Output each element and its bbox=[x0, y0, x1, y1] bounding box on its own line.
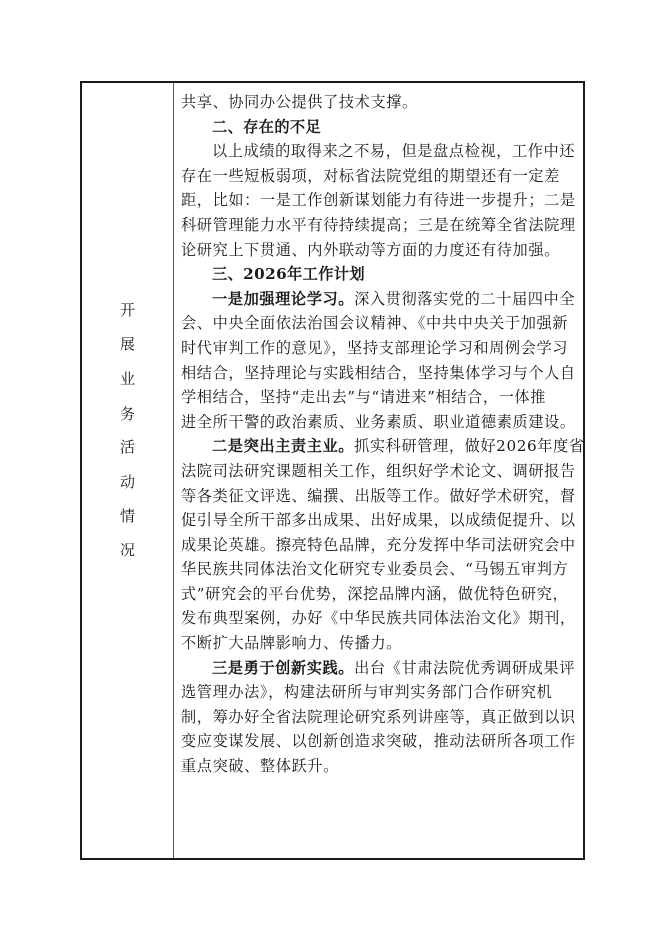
activity-table: 开 展 业 务 活 动 情 况 共享、协同办公提供了技术支撑。 二、存在的不足 … bbox=[80, 81, 585, 860]
text-span: 抓实科研管理，做好2026年度省 bbox=[354, 437, 585, 455]
label-char: 活 bbox=[82, 436, 173, 457]
section-heading-plan: 三、2026年工作计划 bbox=[181, 262, 581, 287]
text-line: 距，比如：一是工作创新谋划能力有待进一步提升；二是 bbox=[181, 188, 581, 213]
text-line: 存在一些短板弱项，对标省法院党组的期望还有一定差 bbox=[181, 164, 581, 189]
paragraph-lead: 三是勇于创新实践。 bbox=[212, 659, 354, 677]
paragraph-1-first-line: 一是加强理论学习。深入贯彻落实党的二十届四中全 bbox=[181, 287, 581, 312]
row-label-cell: 开 展 业 务 活 动 情 况 bbox=[82, 83, 173, 858]
section-heading-shortcomings: 二、存在的不足 bbox=[181, 115, 581, 140]
label-char: 情 bbox=[82, 505, 173, 526]
text-line: 发布典型案例，办好《中华民族共同体法治文化》期刊， bbox=[181, 606, 581, 631]
text-line: 法院司法研究课题相关工作，组织好学术论文、调研报告 bbox=[181, 459, 581, 484]
text-line: 时代审判工作的意见》，坚持支部理论学习和周例会学习 bbox=[181, 336, 581, 361]
text-line: 华民族共同体法治文化研究专业委员会、“马锡五审判方 bbox=[181, 557, 581, 582]
label-char: 况 bbox=[82, 539, 173, 560]
label-char: 开 bbox=[82, 299, 173, 320]
text-span: 出台《甘肃法院优秀调研成果评 bbox=[354, 659, 575, 677]
text-line: 进全所干警的政治素质、业务素质、职业道德素质建设。 bbox=[181, 410, 581, 435]
text-line: 式”研究会的平台优势，深挖品牌内涵，做优特色研究， bbox=[181, 582, 581, 607]
paragraph-2-first-line: 二是突出主责主业。抓实科研管理，做好2026年度省 bbox=[181, 434, 581, 459]
text-span: 深入贯彻落实党的二十届四中全 bbox=[354, 290, 575, 308]
text-line: 共享、协同办公提供了技术支撑。 bbox=[181, 90, 581, 115]
text-line: 等各类征文评选、编撰、出版等工作。做好学术研究，督 bbox=[181, 484, 581, 509]
content-cell: 共享、协同办公提供了技术支撑。 二、存在的不足 以上成绩的取得来之不易，但是盘点… bbox=[181, 90, 581, 779]
label-char: 展 bbox=[82, 333, 173, 354]
text-line: 成果论英雄。擦亮特色品牌，充分发挥中华司法研究会中 bbox=[181, 533, 581, 558]
text-line: 制，筹办好全省法院理论研究系列讲座等，真正做到以识 bbox=[181, 705, 581, 730]
text-line: 变应变谋发展、以创新创造求突破，推动法研所各项工作 bbox=[181, 729, 581, 754]
paragraph-3-first-line: 三是勇于创新实践。出台《甘肃法院优秀调研成果评 bbox=[181, 656, 581, 681]
text-line: 重点突破、整体跃升。 bbox=[181, 754, 581, 779]
text-line: 科研管理能力水平有待持续提高；三是在统筹全省法院理 bbox=[181, 213, 581, 238]
label-char: 动 bbox=[82, 471, 173, 492]
column-divider bbox=[173, 83, 174, 858]
label-char: 务 bbox=[82, 403, 173, 424]
label-char: 业 bbox=[82, 368, 173, 389]
text-line: 以上成绩的取得来之不易，但是盘点检视，工作中还 bbox=[181, 139, 581, 164]
text-line: 相结合，坚持理论与实践相结合，坚持集体学习与个人自 bbox=[181, 361, 581, 386]
text-line: 选管理办法》，构建法研所与审判实务部门合作研究机 bbox=[181, 680, 581, 705]
text-line: 学相结合，坚持“走出去”与“请进来”相结合，一体推 bbox=[181, 385, 581, 410]
paragraph-lead: 一是加强理论学习。 bbox=[212, 290, 354, 308]
text-line: 会、中央全面依法治国会议精神、《中共中央关于加强新 bbox=[181, 311, 581, 336]
text-line: 不断扩大品牌影响力、传播力。 bbox=[181, 631, 581, 656]
text-line: 论研究上下贯通、内外联动等方面的力度还有待加强。 bbox=[181, 238, 581, 263]
paragraph-lead: 二是突出主责主业。 bbox=[212, 437, 354, 455]
text-line: 促引导全所干部多出成果、出好成果，以成绩促提升、以 bbox=[181, 508, 581, 533]
